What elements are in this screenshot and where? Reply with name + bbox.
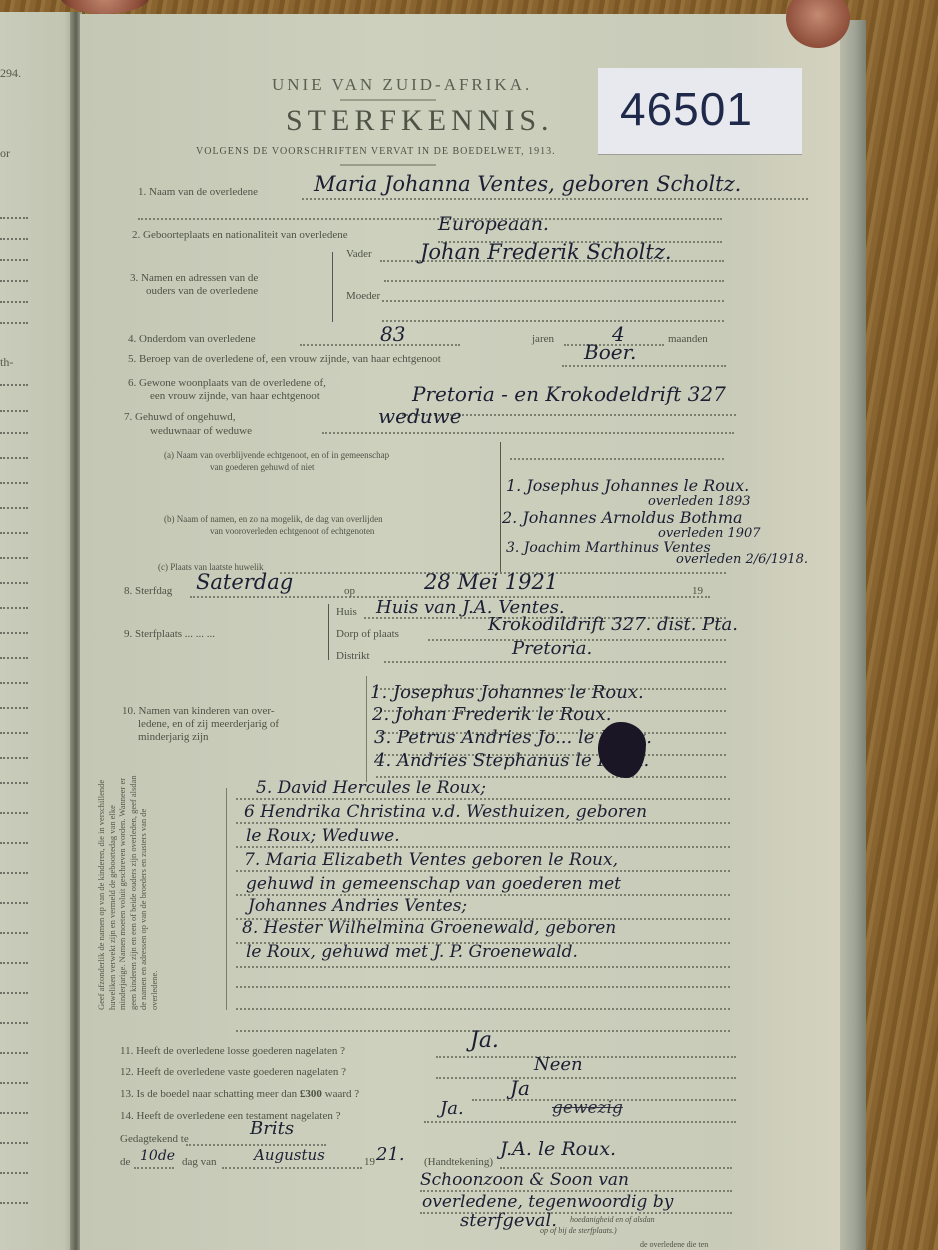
left-page-dots	[0, 582, 28, 584]
left-page-dots	[0, 410, 28, 412]
field-7a-label-line2: van goederen gehuwd of niet	[210, 462, 314, 472]
left-page-dots	[0, 707, 28, 709]
child-2: 2. Johan Frederik le Roux.	[372, 704, 611, 725]
left-page-dots	[0, 322, 28, 324]
footer-fragment-1: hoedanigheid en of alsdan	[570, 1215, 655, 1224]
left-page-dots	[0, 657, 28, 659]
left-page-dots	[0, 962, 28, 964]
left-page-dots	[0, 238, 28, 240]
field-14-label: 14. Heeft de overledene een testament na…	[120, 1110, 341, 1122]
form-subtitle: VOLGENS DE VOORSCHRIFTEN VERVAT IN DE BO…	[196, 146, 556, 157]
archive-number-label: 46501	[598, 68, 802, 154]
field-8-label: 8. Sterfdag	[124, 585, 172, 597]
field-10-side-note: Geef afzonderlik de namen op van de kind…	[96, 770, 159, 1010]
estate-value: Ja	[510, 1076, 530, 1100]
prior-spouse-3-death: overleden 2/6/1918.	[676, 552, 808, 567]
district-label: Distrikt	[336, 650, 370, 662]
left-page-dots	[0, 682, 28, 684]
dotted-line	[236, 966, 730, 968]
death-day-value: Saterdag	[196, 570, 293, 594]
field-10-label-line3: minderjarig zijn	[138, 731, 209, 743]
field-7-label-line1: 7. Gehuwd of ongehuwd,	[124, 411, 236, 423]
estate-threshold: £300	[300, 1088, 322, 1100]
immovable-property-value: Neen	[534, 1054, 583, 1075]
column-rule	[366, 676, 367, 782]
left-page-dots	[0, 812, 28, 814]
field-12-label: 12. Heeft de overledene vaste goederen n…	[120, 1066, 346, 1078]
signed-year-value: 21.	[376, 1144, 405, 1165]
child-7-cont: gehuwd in gemeenschap van goederen met	[246, 874, 621, 894]
archive-number: 46501	[620, 82, 753, 136]
left-page-dots	[0, 992, 28, 994]
dotted-line	[236, 846, 730, 848]
field-7-label-line2: weduwnaar of weduwe	[150, 425, 252, 437]
left-page-dots	[0, 757, 28, 759]
left-page-fragment: or	[0, 146, 10, 161]
field-1-value: Maria Johanna Ventes, geboren Scholtz.	[314, 172, 741, 196]
dotted-line	[436, 1077, 736, 1079]
signatory-capacity-line3: sterfgeval.	[460, 1210, 557, 1231]
left-page-dots	[0, 432, 28, 434]
left-page-dots	[0, 932, 28, 934]
left-page-dots	[0, 301, 28, 303]
on-label: op	[344, 585, 355, 597]
field-13-label-prefix: 13. Is de boedel naar schatting meer dan	[120, 1088, 297, 1100]
left-page-dots	[0, 507, 28, 509]
field-7b-label-line2: van vooroverleden echtgenoot of echtgeno…	[210, 526, 374, 536]
field-3-label-line1: 3. Namen en adressen van de	[130, 272, 258, 284]
left-page-dots	[0, 1142, 28, 1144]
form-title: STERFKENNIS.	[286, 104, 554, 138]
dotted-line	[510, 458, 724, 460]
header-rule	[340, 99, 436, 101]
town-value: Krokodildrift 327. dist. Pta.	[488, 614, 738, 635]
dotted-line	[302, 198, 808, 200]
field-13-label-suffix: waard ?	[325, 1088, 360, 1100]
field-10-label-line2: ledene, en of zij meerderjarig of	[138, 718, 279, 730]
town-label: Dorp of plaats	[336, 628, 399, 640]
dotted-line	[384, 280, 724, 282]
dotted-line	[436, 1056, 736, 1058]
prior-spouse-2: 2. Johannes Arnoldus Bothma	[502, 508, 743, 527]
father-value: Johan Frederik Scholtz.	[420, 240, 672, 264]
left-page-dots	[0, 842, 28, 844]
dotted-line	[134, 1167, 174, 1169]
child-8-cont: le Roux, gehuwd met J. P. Groenewald.	[246, 942, 578, 962]
left-page-dots	[0, 259, 28, 261]
left-page-dots	[0, 902, 28, 904]
left-page-dots	[0, 732, 28, 734]
field-6-label-line2: een vrouw zijnde, van haar echtgenoot	[150, 390, 320, 402]
will-value: Ja.	[440, 1098, 464, 1119]
left-page-dots	[0, 280, 28, 282]
left-page-dots	[0, 482, 28, 484]
field-2-value: Europeaan.	[438, 213, 549, 235]
footer-fragment-3: de overledene die ten	[640, 1240, 708, 1249]
dotted-line	[382, 300, 724, 302]
months-label: maanden	[668, 333, 708, 345]
field-4-label: 4. Onderdom van overledene	[128, 333, 256, 345]
signed-year-prefix: 19	[364, 1156, 375, 1168]
child-6: 6 Hendrika Christina v.d. Westhuizen, ge…	[244, 802, 647, 822]
left-page-dots	[0, 557, 28, 559]
left-page-dots	[0, 1202, 28, 1204]
year-prefix: 19	[692, 585, 703, 597]
left-page-dots	[0, 532, 28, 534]
signed-de-label: de	[120, 1156, 130, 1168]
dotted-line	[236, 870, 730, 872]
left-page-dots	[0, 872, 28, 874]
mother-label: Moeder	[346, 290, 380, 302]
dotted-line	[384, 661, 726, 663]
district-value: Pretoria.	[512, 638, 592, 659]
signed-day-value: 10de	[140, 1148, 175, 1164]
left-page-dots	[0, 217, 28, 219]
will-value-struck: gewezig	[552, 1098, 623, 1118]
field-2-label: 2. Geboorteplaats en nationaliteit van o…	[132, 229, 348, 241]
dotted-line	[424, 1121, 736, 1123]
dag-van-label: dag van	[182, 1156, 217, 1168]
house-label: Huis	[336, 606, 357, 618]
prior-spouse-2-death: overleden 1907	[658, 526, 761, 541]
marital-status-value: weduwe	[378, 404, 462, 428]
field-3-label-line2: ouders van de overledene	[146, 285, 258, 297]
child-7-cont2: Johannes Andries Ventes;	[248, 896, 467, 916]
signatory-capacity-line1: Schoonzoon & Soon van	[420, 1170, 629, 1190]
prior-spouse-1: 1. Josephus Johannes le Roux.	[506, 476, 749, 495]
left-page-fragment: th-	[0, 355, 13, 370]
signed-at-value: Brits	[250, 1118, 294, 1139]
signatory-capacity-line2: overledene, tegenwoordig by	[422, 1192, 673, 1212]
field-6-label-line1: 6. Gewone woonplaats van de overledene o…	[128, 377, 326, 389]
dotted-line	[222, 1167, 362, 1169]
dotted-line	[236, 1008, 730, 1010]
field-13-label: 13. Is de boedel naar schatting meer dan…	[120, 1088, 359, 1100]
signed-at-label: Gedagtekend te	[120, 1133, 189, 1145]
book-cover-edge	[840, 20, 866, 1250]
brace	[500, 442, 501, 572]
left-page-dots	[0, 607, 28, 609]
child-6-cont: le Roux; Weduwe.	[246, 826, 400, 846]
brace	[332, 252, 333, 322]
dotted-line	[500, 1167, 732, 1169]
left-page-dots	[0, 457, 28, 459]
dotted-line	[382, 320, 724, 322]
left-page: 294. or th-	[0, 12, 80, 1250]
field-10-label-line1: 10. Namen van kinderen van over-	[122, 705, 275, 717]
left-page-dots	[0, 1112, 28, 1114]
field-7b-label-line1: (b) Naam of namen, en zo na mogelik, de …	[164, 514, 383, 524]
death-date-value: 28 Mei 1921	[424, 570, 558, 594]
left-page-dots	[0, 1172, 28, 1174]
signed-month-value: Augustus	[254, 1146, 325, 1164]
dotted-line	[236, 822, 730, 824]
years-label: jaren	[532, 333, 554, 345]
child-8: 8. Hester Wilhelmina Groenewald, geboren	[242, 918, 616, 938]
child-1: 1. Josephus Johannes le Roux.	[370, 682, 644, 703]
left-page-dots	[0, 632, 28, 634]
movable-property-value: Ja.	[470, 1028, 499, 1053]
age-years: 83	[380, 322, 405, 346]
left-page-dots	[0, 384, 28, 386]
occupation-value: Boer.	[584, 340, 636, 364]
header-rule	[340, 164, 436, 166]
field-11-label: 11. Heeft de overledene losse goederen n…	[120, 1045, 345, 1057]
left-page-dots	[0, 1022, 28, 1024]
field-5-label: 5. Beroep van de overledene of, een vrou…	[128, 353, 441, 365]
signature-label: (Handtekening)	[424, 1156, 493, 1168]
left-page-dots	[0, 1052, 28, 1054]
dotted-line	[562, 365, 726, 367]
dotted-line	[322, 432, 734, 434]
left-page-dots	[0, 1082, 28, 1084]
form-country: UNIE VAN ZUID-AFRIKA.	[272, 75, 532, 95]
field-1-label: 1. Naam van de overledene	[138, 186, 258, 198]
child-7: 7. Maria Elizabeth Ventes geboren le Rou…	[244, 850, 618, 870]
brace	[328, 604, 329, 660]
left-page-number: 294.	[0, 66, 21, 81]
dotted-line	[138, 218, 722, 220]
dotted-line	[236, 798, 730, 800]
dotted-line	[236, 986, 730, 988]
field-9-label: 9. Sterfplaats ... ... ...	[124, 628, 215, 640]
signature-value: J.A. le Roux.	[500, 1138, 616, 1160]
field-7a-label-line1: (a) Naam van overblijvende echtgenoot, e…	[164, 450, 389, 460]
residence-value: Pretoria - en Krokodeldrift 327	[412, 382, 726, 406]
child-5: 5. David Hercules le Roux;	[256, 778, 486, 798]
left-page-dots	[0, 782, 28, 784]
prior-spouse-1-death: overleden 1893	[648, 494, 751, 509]
column-rule	[226, 788, 227, 1010]
father-label: Vader	[346, 248, 372, 260]
